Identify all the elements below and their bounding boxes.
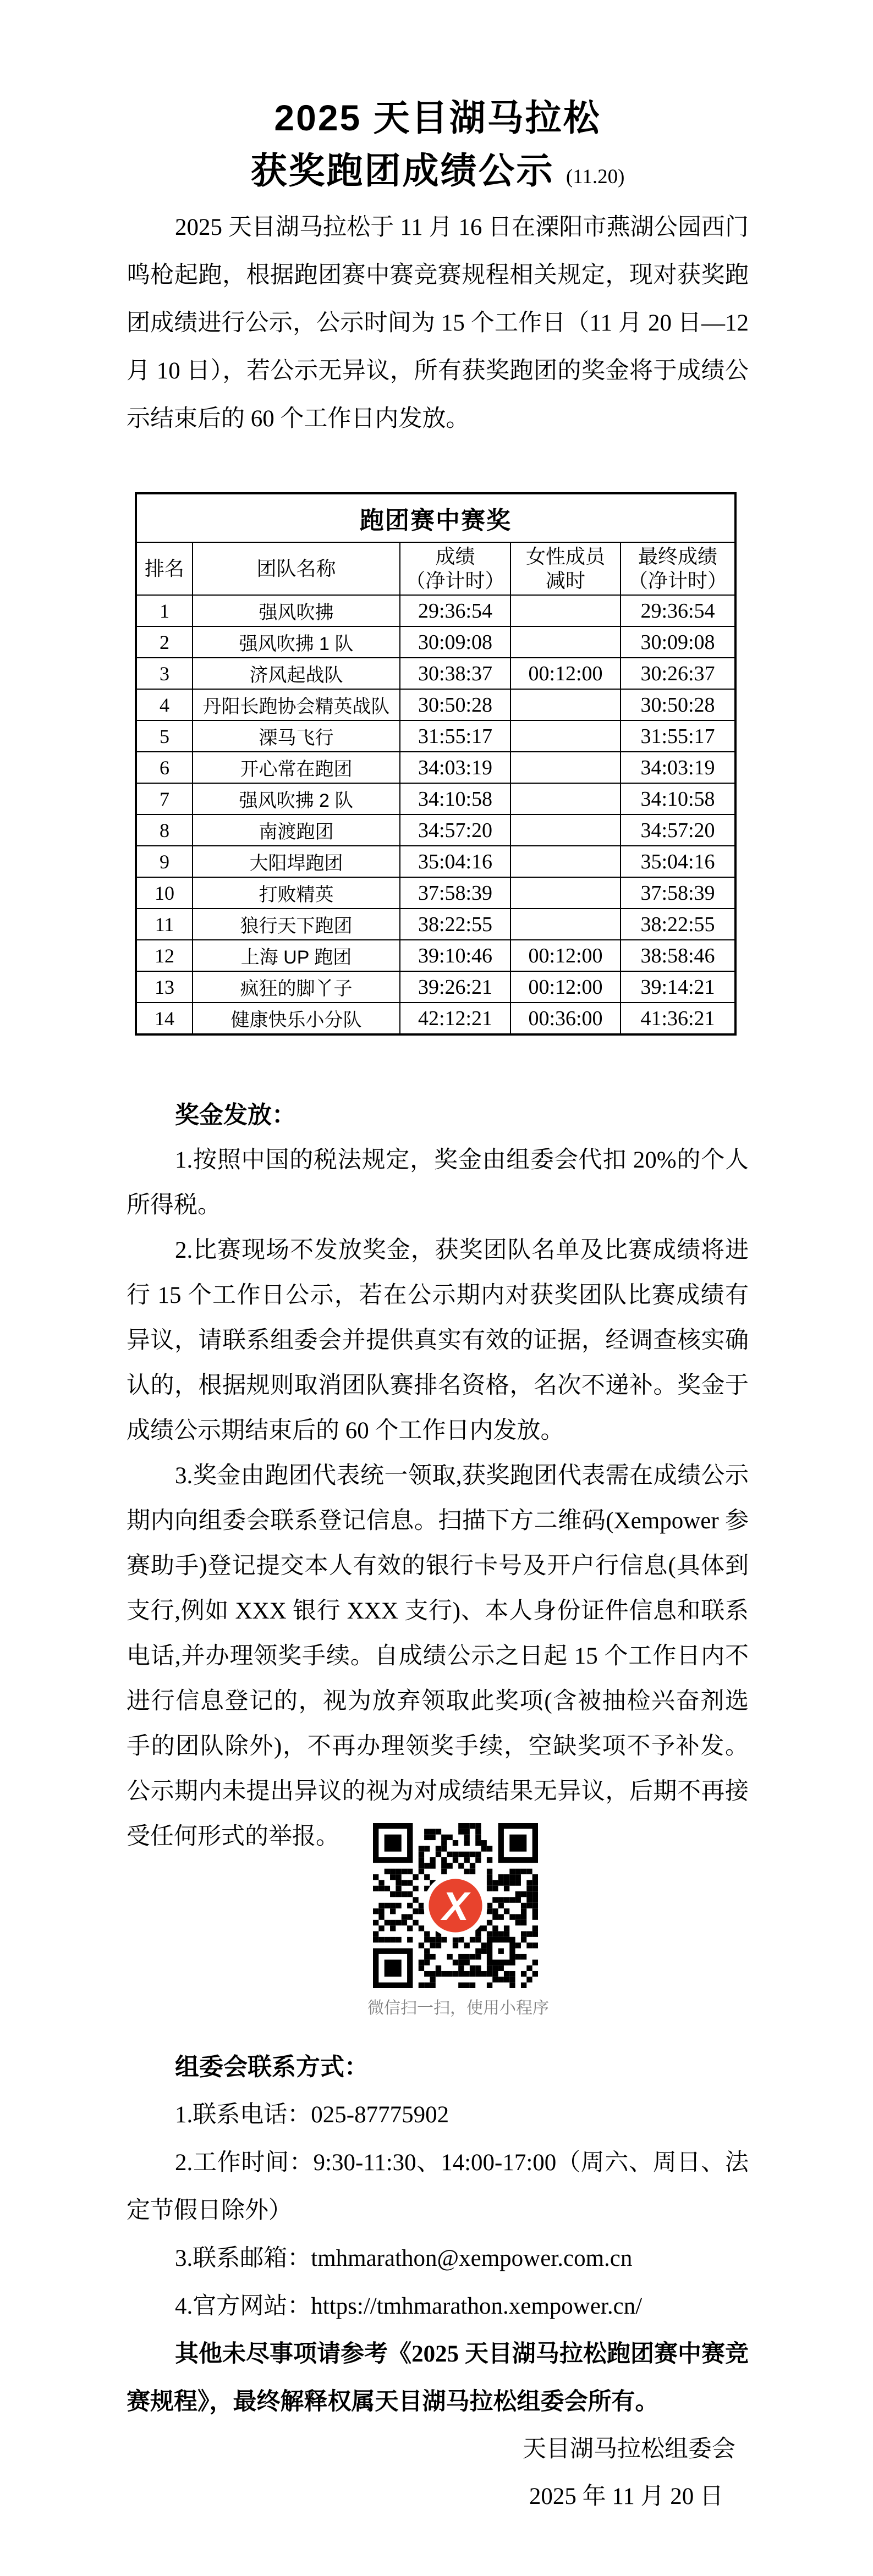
cell-final-result: 38:58:46	[621, 940, 735, 971]
header-team: 团队名称	[193, 542, 400, 595]
table-row: 3 济风起战队 30:38:37 00:12:00 30:26:37	[136, 658, 735, 689]
cell-female-deduction: 00:12:00	[510, 971, 621, 1003]
table-row: 9 大阳垾跑团 35:04:16 35:04:16	[136, 846, 735, 877]
cell-team-name: 打败精英	[193, 877, 400, 909]
title-line-2-main: 获奖跑团成绩公示	[251, 150, 554, 191]
cell-team-name: 强风吹拂 2 队	[193, 783, 400, 814]
table-row: 5 溧马飞行 31:55:17 31:55:17	[136, 720, 735, 752]
header-female-deduction: 女性成员减时	[510, 542, 621, 595]
cell-team-name: 开心常在跑团	[193, 752, 400, 783]
cell-female-deduction	[510, 846, 621, 877]
table-row: 2 强风吹拂 1 队 30:09:08 30:09:08	[136, 626, 735, 658]
cell-female-deduction	[510, 814, 621, 846]
bonus-paragraph-2: 2.比赛现场不发放奖金，获奖团队名单及比赛成绩将进行 15 个工作日公示，若在公…	[127, 1228, 749, 1454]
qr-caption: 微信扫一扫，使用小程序	[362, 1994, 549, 2018]
cell-rank: 14	[136, 1003, 193, 1034]
cell-final-result: 31:55:17	[621, 720, 735, 752]
cell-female-deduction: 00:12:00	[510, 658, 621, 689]
contact-hours: 2.工作时间：9:30-11:30、14:00-17:00（周六、周日、法定节假…	[127, 2139, 749, 2234]
cell-female-deduction: 00:12:00	[510, 940, 621, 971]
cell-team-name: 溧马飞行	[193, 720, 400, 752]
bonus-paragraph-1: 1.按照中国的税法规定，奖金由组委会代扣 20%的个人所得税。	[127, 1138, 749, 1228]
cell-final-result: 30:26:37	[621, 658, 735, 689]
table-row: 14 健康快乐小分队 42:12:21 00:36:00 41:36:21	[136, 1003, 735, 1034]
cell-team-name: 南渡跑团	[193, 814, 400, 846]
cell-team-name: 济风起战队	[193, 658, 400, 689]
svg-text:X: X	[440, 1884, 471, 1929]
cell-result: 34:03:19	[400, 752, 510, 783]
cell-result: 39:26:21	[400, 971, 510, 1003]
cell-final-result: 37:58:39	[621, 877, 735, 909]
header-rank: 排名	[136, 542, 193, 595]
document-content: 2025 天目湖马拉松 获奖跑团成绩公示 (11.20) 2025 天目湖马拉松…	[0, 91, 873, 2520]
cell-female-deduction	[510, 626, 621, 658]
table-row: 4 丹阳长跑协会精英战队 30:50:28 30:50:28	[136, 689, 735, 720]
table-row: 7 强风吹拂 2 队 34:10:58 34:10:58	[136, 783, 735, 814]
intro-paragraph: 2025 天目湖马拉松于 11 月 16 日在溧阳市燕湖公园西门鸣枪起跑，根据跑…	[127, 203, 749, 443]
cell-female-deduction	[510, 909, 621, 940]
table-row: 13 疯狂的脚丫子 39:26:21 00:12:00 39:14:21	[136, 971, 735, 1003]
table-row: 10 打败精英 37:58:39 37:58:39	[136, 877, 735, 909]
cell-team-name: 大阳垾跑团	[193, 846, 400, 877]
cell-rank: 13	[136, 971, 193, 1003]
cell-rank: 1	[136, 595, 193, 626]
qr-block: X 微信扫一扫，使用小程序	[362, 1823, 549, 2018]
cell-rank: 7	[136, 783, 193, 814]
contact-section-heading: 组委会联系方式：	[127, 2044, 749, 2091]
cell-team-name: 健康快乐小分队	[193, 1003, 400, 1034]
table-row: 1 强风吹拂 29:36:54 29:36:54	[136, 595, 735, 626]
cell-rank: 5	[136, 720, 193, 752]
title-line-1: 2025 天目湖马拉松	[127, 91, 749, 144]
title-date-suffix: (11.20)	[566, 166, 625, 188]
table-row: 6 开心常在跑团 34:03:19 34:03:19	[136, 752, 735, 783]
cell-final-result: 34:10:58	[621, 783, 735, 814]
cell-result: 38:22:55	[400, 909, 510, 940]
contact-email: 3.联系邮箱：tmhmarathon@xempower.com.cn	[127, 2234, 749, 2282]
cell-rank: 10	[136, 877, 193, 909]
table-caption: 跑团赛中赛奖	[136, 493, 735, 542]
cell-result: 42:12:21	[400, 1003, 510, 1034]
cell-rank: 11	[136, 909, 193, 940]
cell-final-result: 35:04:16	[621, 846, 735, 877]
header-result: 成绩（净计时）	[400, 542, 510, 595]
cell-final-result: 30:09:08	[621, 626, 735, 658]
table-caption-row: 跑团赛中赛奖	[136, 493, 735, 542]
table-header-row: 排名 团队名称 成绩（净计时） 女性成员减时 最终成绩（净计时）	[136, 542, 735, 595]
bonus-paragraph-3: 3.奖金由跑团代表统一领取,获奖跑团代表需在成绩公示期内向组委会联系登记信息。扫…	[127, 1454, 749, 1859]
cell-final-result: 34:57:20	[621, 814, 735, 846]
contact-website: 4.官方网站：https://tmhmarathon.xempower.cn/	[127, 2282, 749, 2330]
results-table: 跑团赛中赛奖 排名 团队名称 成绩（净计时） 女性成员减时 最终成绩（净计时） …	[135, 492, 737, 1036]
cell-team-name: 强风吹拂	[193, 595, 400, 626]
cell-rank: 2	[136, 626, 193, 658]
cell-result: 35:04:16	[400, 846, 510, 877]
title-line-2: 获奖跑团成绩公示 (11.20)	[127, 144, 749, 203]
cell-team-name: 丹阳长跑协会精英战队	[193, 689, 400, 720]
cell-female-deduction	[510, 720, 621, 752]
cell-final-result: 34:03:19	[621, 752, 735, 783]
cell-result: 30:50:28	[400, 689, 510, 720]
cell-result: 30:38:37	[400, 658, 510, 689]
signature-date: 2025 年 11 月 20 日	[127, 2473, 749, 2520]
cell-team-name: 强风吹拂 1 队	[193, 626, 400, 658]
table-row: 12 上海 UP 跑团 39:10:46 00:12:00 38:58:46	[136, 940, 735, 971]
document-page: 2025 天目湖马拉松 获奖跑团成绩公示 (11.20) 2025 天目湖马拉松…	[0, 0, 873, 2576]
table-row: 11 狼行天下跑团 38:22:55 38:22:55	[136, 909, 735, 940]
table-row: 8 南渡跑团 34:57:20 34:57:20	[136, 814, 735, 846]
header-final-result: 最终成绩（净计时）	[621, 542, 735, 595]
cell-rank: 4	[136, 689, 193, 720]
cell-rank: 8	[136, 814, 193, 846]
cell-result: 31:55:17	[400, 720, 510, 752]
cell-female-deduction	[510, 689, 621, 720]
cell-final-result: 41:36:21	[621, 1003, 735, 1034]
contact-phone: 1.联系电话：025-87775902	[127, 2091, 749, 2139]
bonus-section-heading: 奖金发放：	[127, 1093, 749, 1138]
cell-female-deduction	[510, 595, 621, 626]
qr-caption-text: 微信扫一扫，使用小程序	[367, 1994, 549, 2018]
cell-team-name: 上海 UP 跑团	[193, 940, 400, 971]
cell-final-result: 38:22:55	[621, 909, 735, 940]
cell-result: 34:10:58	[400, 783, 510, 814]
cell-result: 34:57:20	[400, 814, 510, 846]
cell-team-name: 疯狂的脚丫子	[193, 971, 400, 1003]
closing-paragraph: 其他未尽事项请参考《2025 天目湖马拉松跑团赛中赛竞赛规程》，最终解释权属天目…	[127, 2330, 749, 2426]
cell-result: 30:09:08	[400, 626, 510, 658]
cell-team-name: 狼行天下跑团	[193, 909, 400, 940]
cell-rank: 9	[136, 846, 193, 877]
cell-female-deduction	[510, 783, 621, 814]
cell-female-deduction	[510, 752, 621, 783]
cell-final-result: 39:14:21	[621, 971, 735, 1003]
cell-female-deduction: 00:36:00	[510, 1003, 621, 1034]
cell-female-deduction	[510, 877, 621, 909]
cell-final-result: 30:50:28	[621, 689, 735, 720]
cell-result: 29:36:54	[400, 595, 510, 626]
cell-result: 37:58:39	[400, 877, 510, 909]
cell-rank: 12	[136, 940, 193, 971]
cell-rank: 3	[136, 658, 193, 689]
cell-final-result: 29:36:54	[621, 595, 735, 626]
cell-rank: 6	[136, 752, 193, 783]
signature-organization: 天目湖马拉松组委会	[127, 2426, 749, 2473]
cell-result: 39:10:46	[400, 940, 510, 971]
page-title: 2025 天目湖马拉松 获奖跑团成绩公示 (11.20)	[127, 91, 749, 203]
qr-code: X	[373, 1823, 538, 1988]
